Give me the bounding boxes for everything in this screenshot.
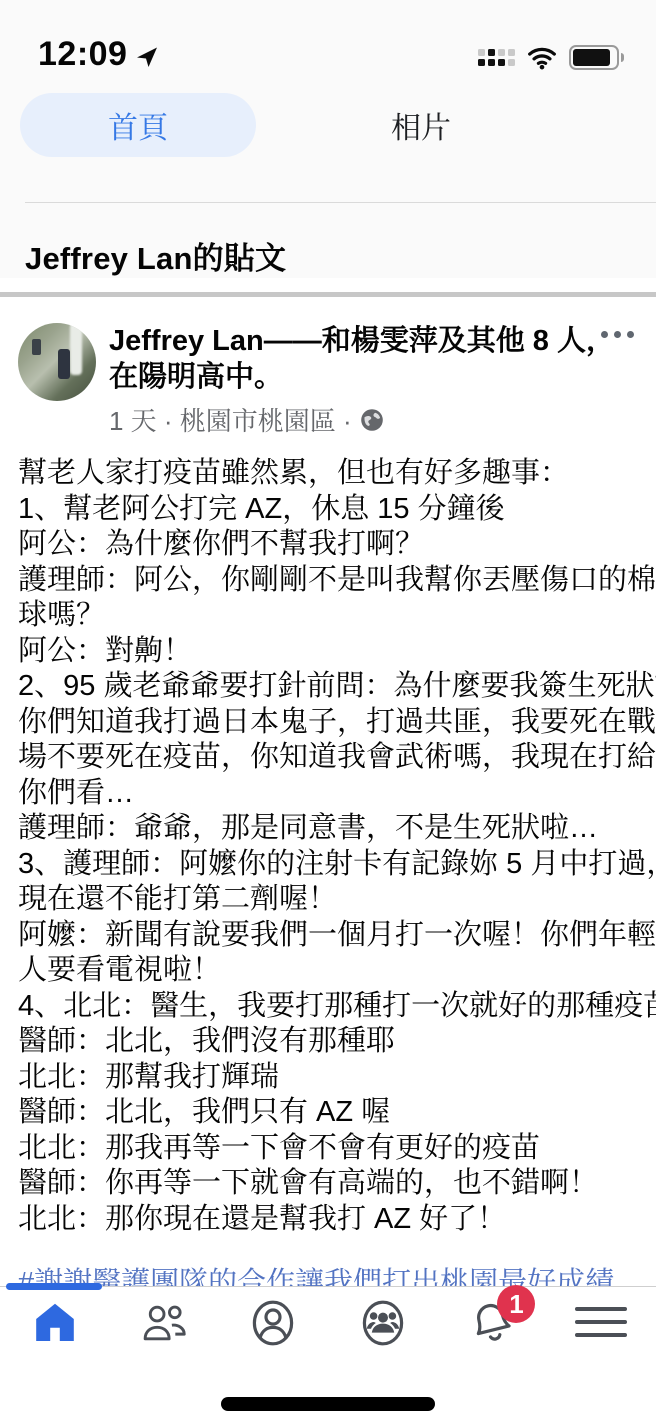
nav-profile-button[interactable] — [219, 1287, 328, 1347]
post-line: 護理師：阿公，你剛剛不是叫我幫你丟壓傷口的棉 — [18, 563, 642, 599]
post-header: Jeffrey Lan——和楊雯萍及其他 8 人， 在陽明高中。 1 天 · 桃… — [0, 297, 656, 438]
facebook-mobile-screen: 12:09 — [0, 0, 656, 1421]
post-line: 幫老人家打疫苗雖然累，但也有好多趣事： — [18, 456, 642, 492]
battery-icon — [569, 45, 624, 70]
post-author-line2[interactable]: 在陽明高中。 — [109, 359, 638, 395]
post-meta: 1 天 · 桃園市桃園區 · — [109, 401, 638, 438]
post-line: 你們知道我打過日本鬼子，打過共匪，我要死在戰 — [18, 705, 642, 741]
status-time: 12:09 — [38, 35, 127, 74]
cellular-signal-icon — [478, 49, 515, 66]
post-line: 阿嬤：新聞有說要我們一個月打一次喔！你們年輕 — [18, 918, 642, 954]
ios-home-indicator[interactable] — [221, 1397, 435, 1411]
post-line: 阿公：對齁！ — [18, 634, 642, 670]
nav-groups-button[interactable] — [328, 1287, 437, 1347]
friends-icon — [140, 1299, 188, 1347]
tab-photos[interactable]: 相片 — [256, 103, 586, 147]
post-line: 1、幫老阿公打完 AZ，休息 15 分鐘後 — [18, 492, 642, 528]
post-line: 醫師：北北，我們只有 AZ 喔 — [18, 1095, 642, 1131]
notification-badge: 1 — [497, 1285, 535, 1323]
post-line: 護理師：爺爺，那是同意書，不是生死狀啦… — [18, 811, 642, 847]
location-arrow-icon — [135, 45, 159, 69]
post-line: 醫師：你再等一下就會有高端的，也不錯啊！ — [18, 1166, 642, 1202]
post-line: 北北：那你現在還是幫我打 AZ 好了！ — [18, 1202, 642, 1238]
tab-home[interactable]: 首頁 — [20, 93, 256, 157]
post-card: Jeffrey Lan——和楊雯萍及其他 8 人， 在陽明高中。 1 天 · 桃… — [0, 297, 656, 1343]
post-line: 北北：那我再等一下會不會有更好的疫苗 — [18, 1131, 642, 1167]
page-title: Jeffrey Lan的貼文 — [25, 233, 656, 278]
post-line: 北北：那幫我打輝瑞 — [18, 1060, 642, 1096]
post-line: 球嗎？ — [18, 598, 642, 634]
status-bar: 12:09 — [0, 0, 656, 80]
nav-menu-button[interactable] — [547, 1287, 656, 1337]
tab-home-label: 首頁 — [108, 103, 168, 147]
post-line: 人要看電視啦！ — [18, 953, 642, 989]
post-line: 3、護理師：阿嬤你的注射卡有記錄妳 5 月中打過， — [18, 847, 642, 883]
globe-privacy-icon — [360, 408, 384, 432]
bottom-nav-bar: 1 — [0, 1286, 656, 1373]
home-icon — [31, 1299, 79, 1347]
avatar[interactable] — [18, 323, 96, 401]
avatar-waterfall-detail — [70, 323, 82, 375]
avatar-person2-detail — [32, 339, 41, 355]
post-author-line1[interactable]: Jeffrey Lan——和楊雯萍及其他 8 人， — [109, 323, 638, 359]
profile-tab-row: 首頁 相片 — [0, 80, 656, 170]
post-line: 2、95 歲老爺爺要打針前問：為什麼要我簽生死狀？ — [18, 669, 642, 705]
groups-icon — [359, 1299, 407, 1347]
post-line: 場不要死在疫苗，你知道我會武術嗎，我現在打給 — [18, 740, 642, 776]
post-line: 醫師：北北，我們沒有那種耶 — [18, 1024, 642, 1060]
nav-friends-button[interactable] — [109, 1287, 218, 1347]
divider — [25, 202, 656, 203]
tab-photos-label: 相片 — [391, 112, 451, 145]
nav-home-button[interactable] — [0, 1287, 109, 1347]
post-body: 幫老人家打疫苗雖然累，但也有好多趣事： 1、幫老阿公打完 AZ，休息 15 分鐘… — [0, 438, 656, 1237]
post-meta-text: 1 天 · 桃園市桃園區 · — [109, 401, 352, 438]
menu-icon — [575, 1307, 627, 1337]
avatar-person-detail — [58, 349, 70, 379]
post-options-button[interactable] — [601, 331, 634, 338]
wifi-icon — [527, 46, 557, 70]
post-line: 4、北北：醫生，我要打那種打一次就好的那種疫苗 — [18, 989, 642, 1025]
post-line: 現在還不能打第二劑喔！ — [18, 882, 642, 918]
post-line: 你們看… — [18, 776, 642, 812]
nav-notifications-button[interactable]: 1 — [437, 1287, 546, 1347]
post-line: 阿公：為什麼你們不幫我打啊？ — [18, 527, 642, 563]
profile-icon — [249, 1299, 297, 1347]
